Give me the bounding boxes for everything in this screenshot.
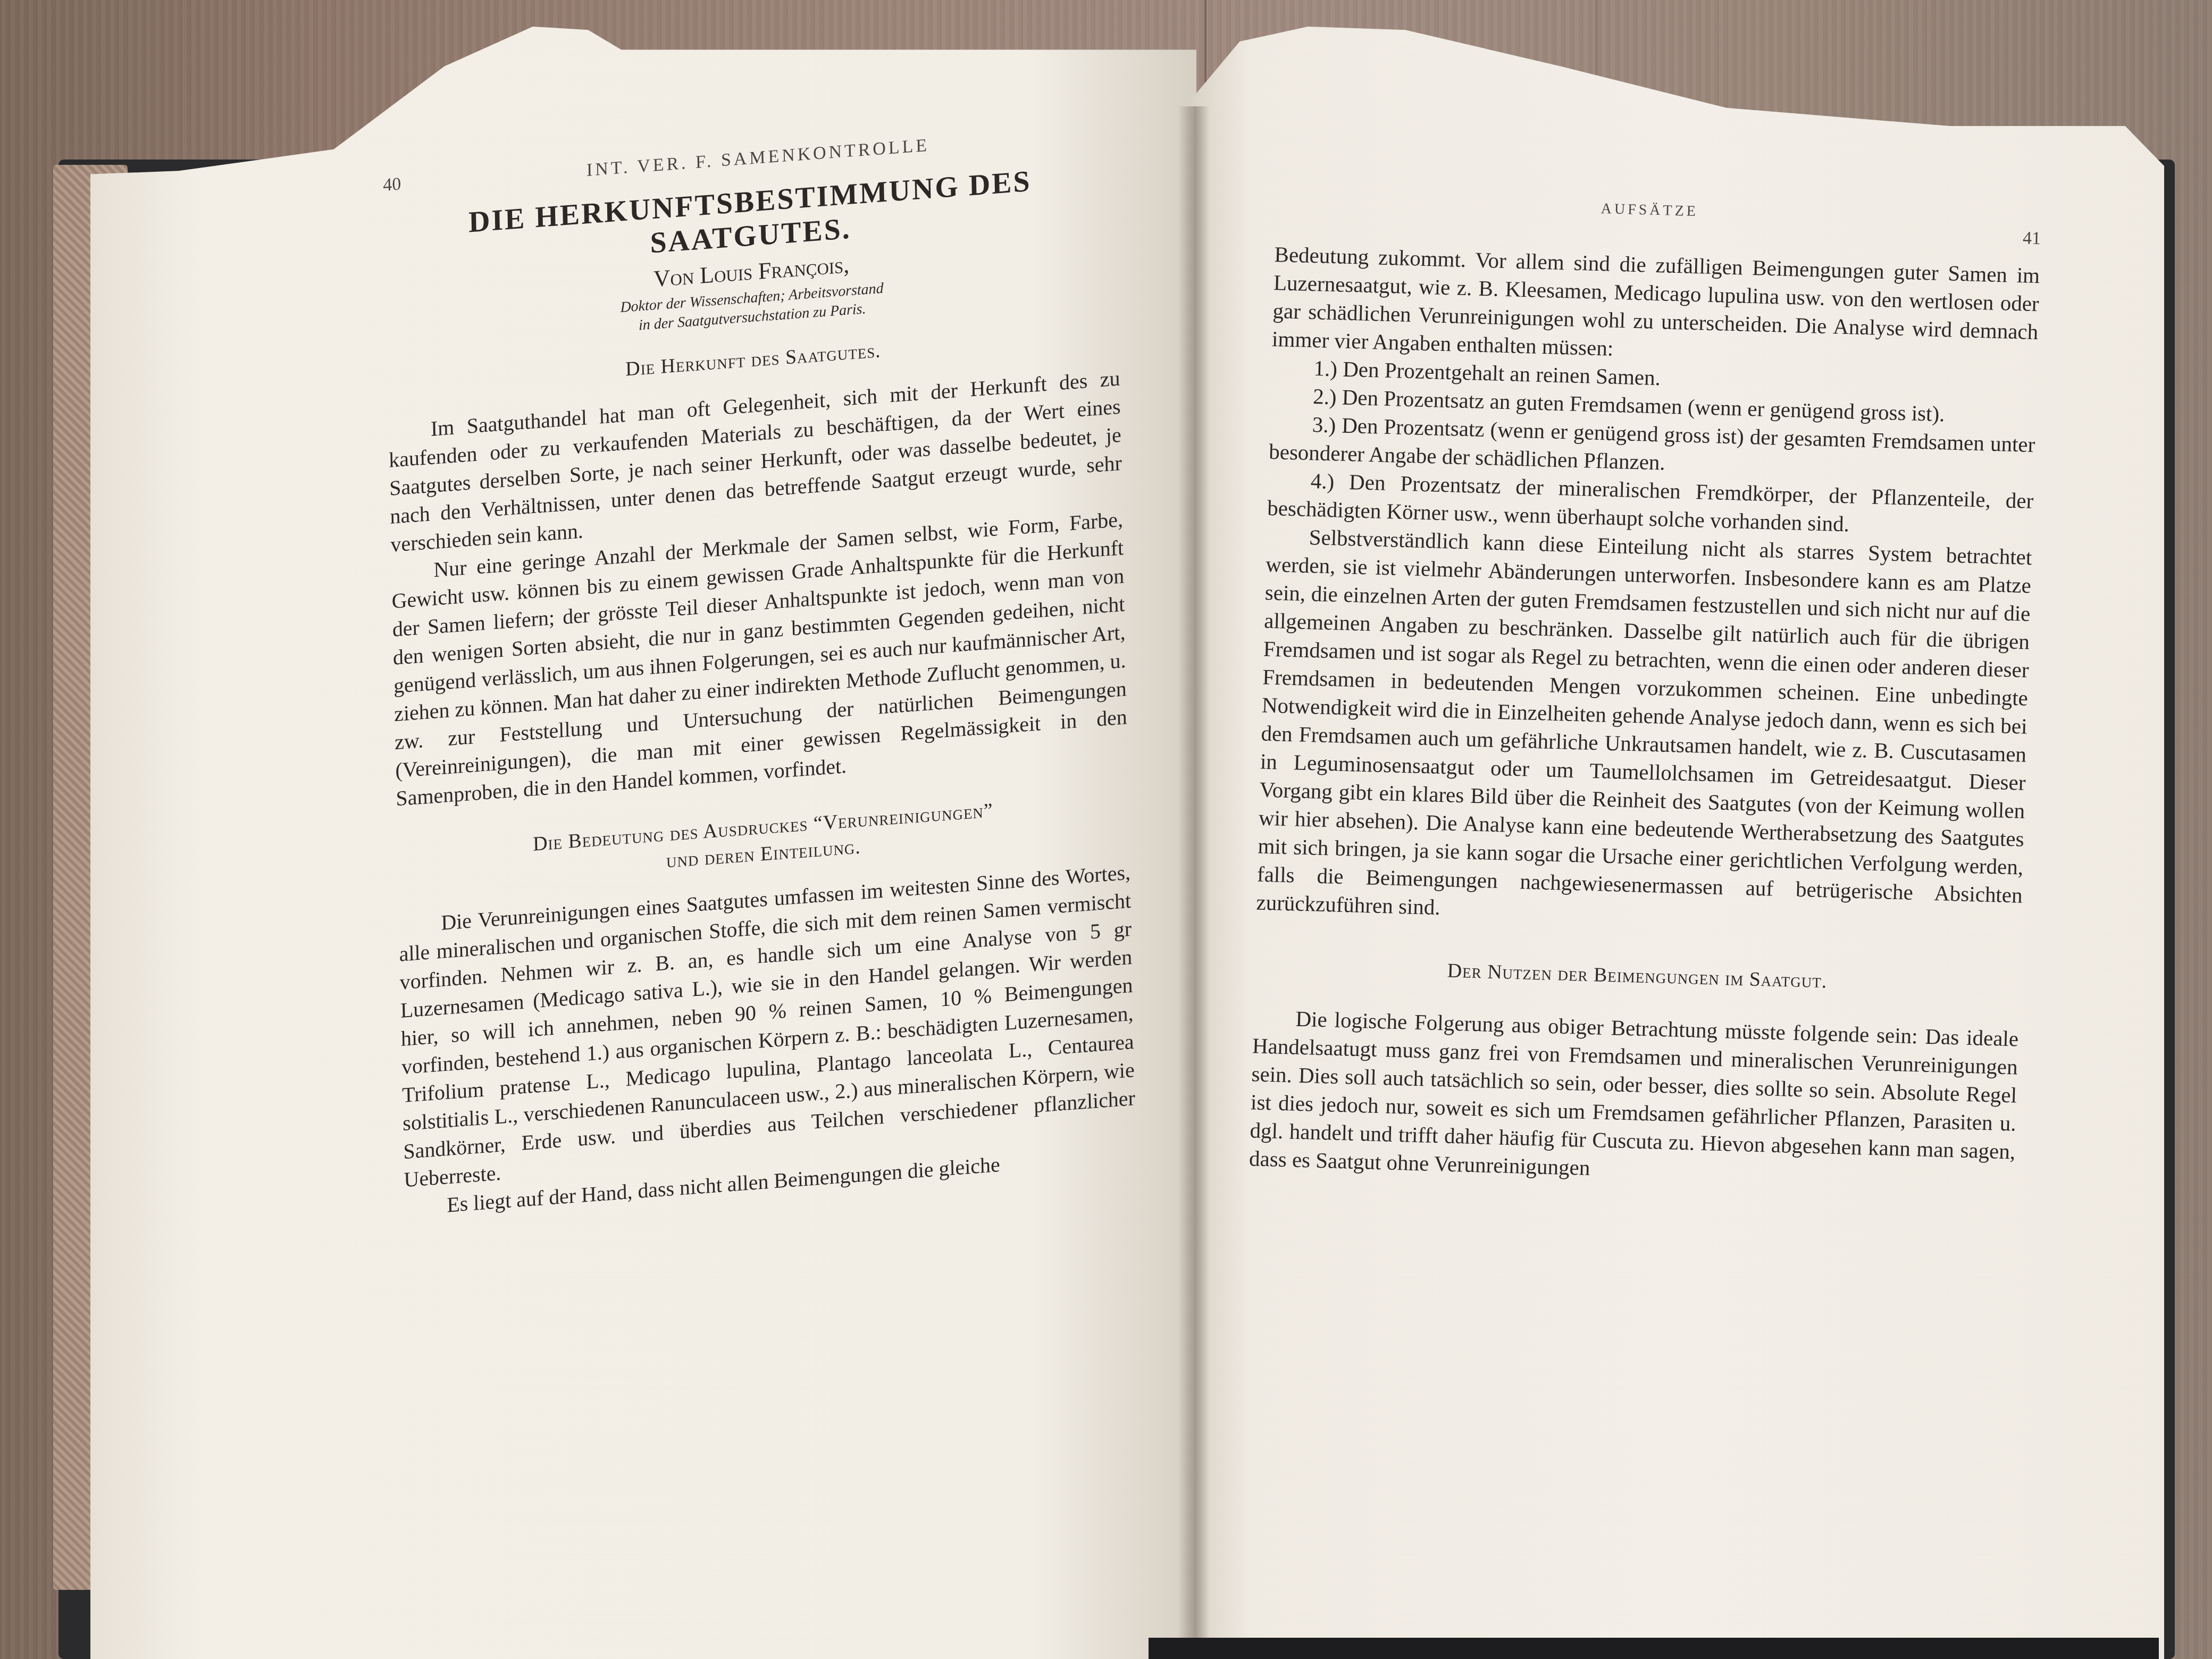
book-gutter — [1178, 106, 1210, 1659]
section-heading: Der Nutzen der Beimengungen im Saatgut. — [1254, 953, 2021, 998]
paragraph: Bedeutung zukommt. Vor allem sind die zu… — [1272, 240, 2040, 374]
paragraph: Selbstverständlich kann diese Einteilung… — [1256, 522, 2032, 938]
page-number-left: 40 — [383, 174, 401, 196]
right-page-content: AUFSÄTZE 41 Bedeutung zukommt. Vor allem… — [1249, 191, 2041, 1194]
book-bottom-edge — [1149, 1638, 2159, 1659]
paragraph: Nur eine geringe Anzahl der Merkmale der… — [391, 505, 1128, 813]
paragraph: Die Verunreinigungen eines Saatgutes umf… — [398, 858, 1136, 1194]
left-page-content: 40 INT. VER. F. SAMENKONTROLLE Die Herku… — [383, 122, 1137, 1222]
paragraph: Die logische Folgerung aus obiger Betrac… — [1249, 1003, 2018, 1194]
page-number-right: 41 — [2023, 228, 2041, 249]
